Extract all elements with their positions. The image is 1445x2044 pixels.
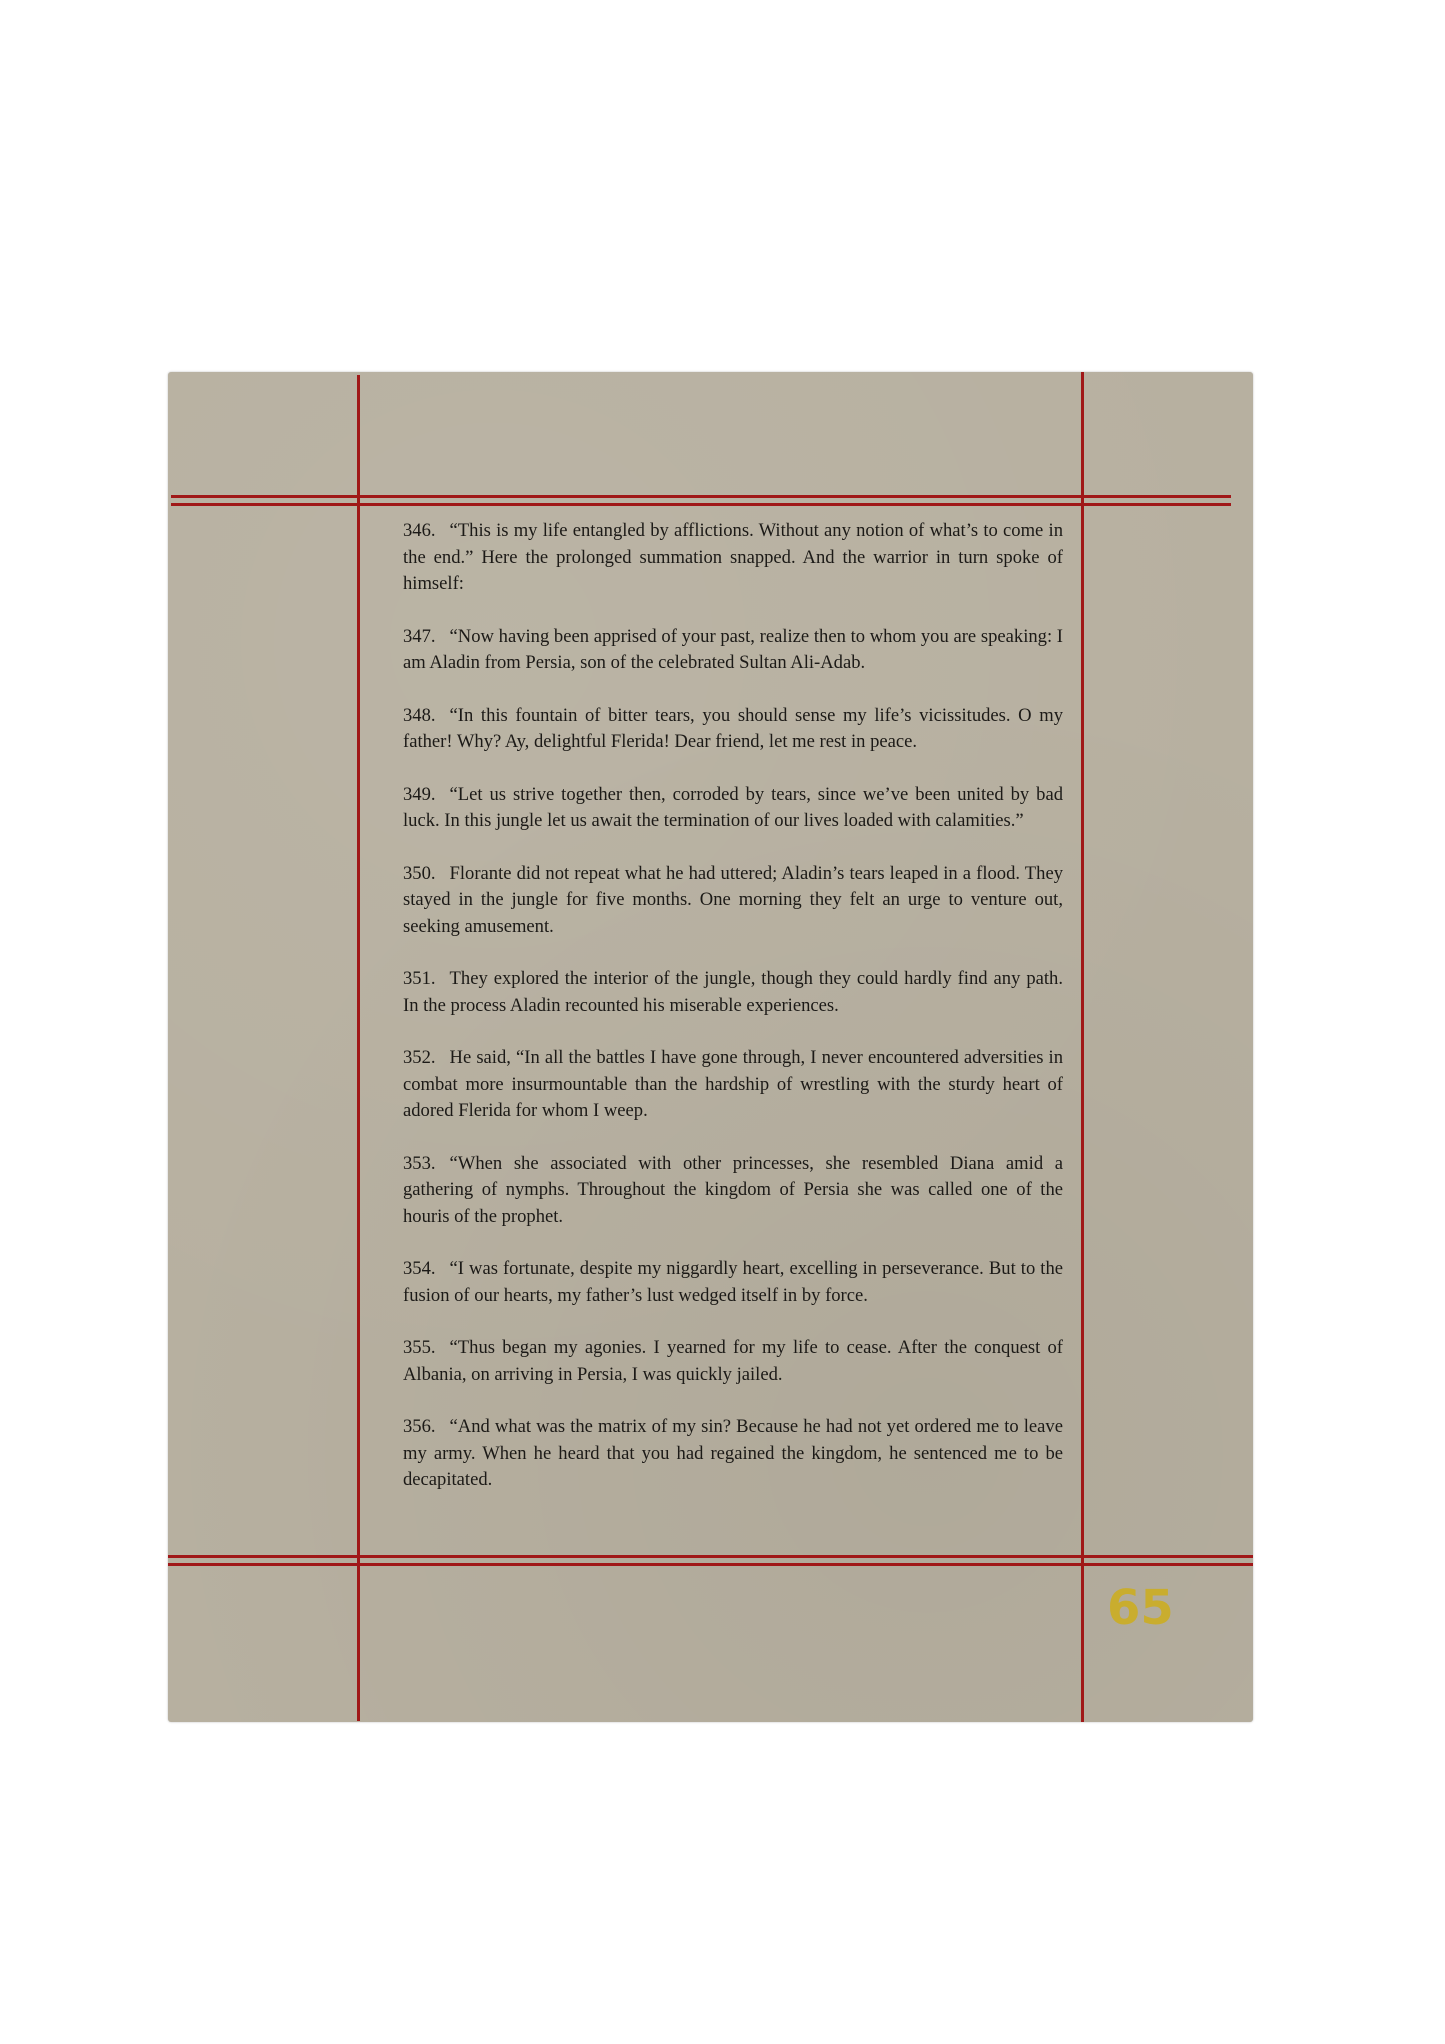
stanza-354: 354.“I was fortunate, despite my niggard… xyxy=(403,1256,1063,1309)
stanza-347: 347.“Now having been apprised of your pa… xyxy=(403,624,1063,677)
stanza-number: 355. xyxy=(403,1337,436,1358)
stanza-352: 352.He said, “In all the battles I have … xyxy=(403,1045,1063,1125)
stanza-number: 353. xyxy=(403,1153,436,1174)
stanza-348: 348.“In this fountain of bitter tears, y… xyxy=(403,703,1063,756)
stanza-356: 356.“And what was the matrix of my sin? … xyxy=(403,1414,1063,1494)
stanza-number: 352. xyxy=(403,1047,436,1068)
bottom-rule-upper xyxy=(168,1555,1253,1558)
stanza-body: Florante did not repeat what he had utte… xyxy=(403,863,1063,937)
stanza-number: 348. xyxy=(403,705,436,726)
stanza-number: 354. xyxy=(403,1258,436,1279)
stanza-text: 346.“This is my life entangled by afflic… xyxy=(403,518,1063,1520)
stanza-353: 353.“When she associated with other prin… xyxy=(403,1151,1063,1231)
stanza-number: 356. xyxy=(403,1416,436,1437)
stanza-349: 349.“Let us strive together then, corrod… xyxy=(403,782,1063,835)
bottom-rule-lower xyxy=(168,1563,1253,1566)
stanza-body: “I was fortunate, despite my niggardly h… xyxy=(403,1258,1063,1306)
stanza-number: 351. xyxy=(403,968,436,989)
stanza-355: 355.“Thus began my agonies. I yearned fo… xyxy=(403,1335,1063,1388)
top-rule-lower xyxy=(171,503,1231,506)
stanza-350: 350.Florante did not repeat what he had … xyxy=(403,861,1063,941)
stanza-body: “This is my life entangled by affliction… xyxy=(403,520,1063,594)
stanza-number: 346. xyxy=(403,520,436,541)
stanza-body: “Now having been apprised of your past, … xyxy=(403,626,1063,674)
stanza-body: “Thus began my agonies. I yearned for my… xyxy=(403,1337,1063,1385)
stanza-body: “In this fountain of bitter tears, you s… xyxy=(403,705,1063,753)
stanza-body: “And what was the matrix of my sin? Beca… xyxy=(403,1416,1063,1490)
top-rule-upper xyxy=(171,495,1231,498)
stanza-number: 350. xyxy=(403,863,436,884)
right-margin-rule xyxy=(1081,372,1084,1722)
stanza-351: 351.They explored the interior of the ju… xyxy=(403,966,1063,1019)
page-number: 65 xyxy=(1107,1580,1174,1636)
stanza-body: They explored the interior of the jungle… xyxy=(403,968,1063,1016)
stanza-number: 347. xyxy=(403,626,436,647)
stanza-number: 349. xyxy=(403,784,436,805)
stanza-body: “When she associated with other princess… xyxy=(403,1153,1063,1227)
stanza-body: He said, “In all the battles I have gone… xyxy=(403,1047,1063,1121)
left-margin-rule xyxy=(357,375,360,1721)
stanza-346: 346.“This is my life entangled by afflic… xyxy=(403,518,1063,598)
stanza-body: “Let us strive together then, corroded b… xyxy=(403,784,1063,832)
